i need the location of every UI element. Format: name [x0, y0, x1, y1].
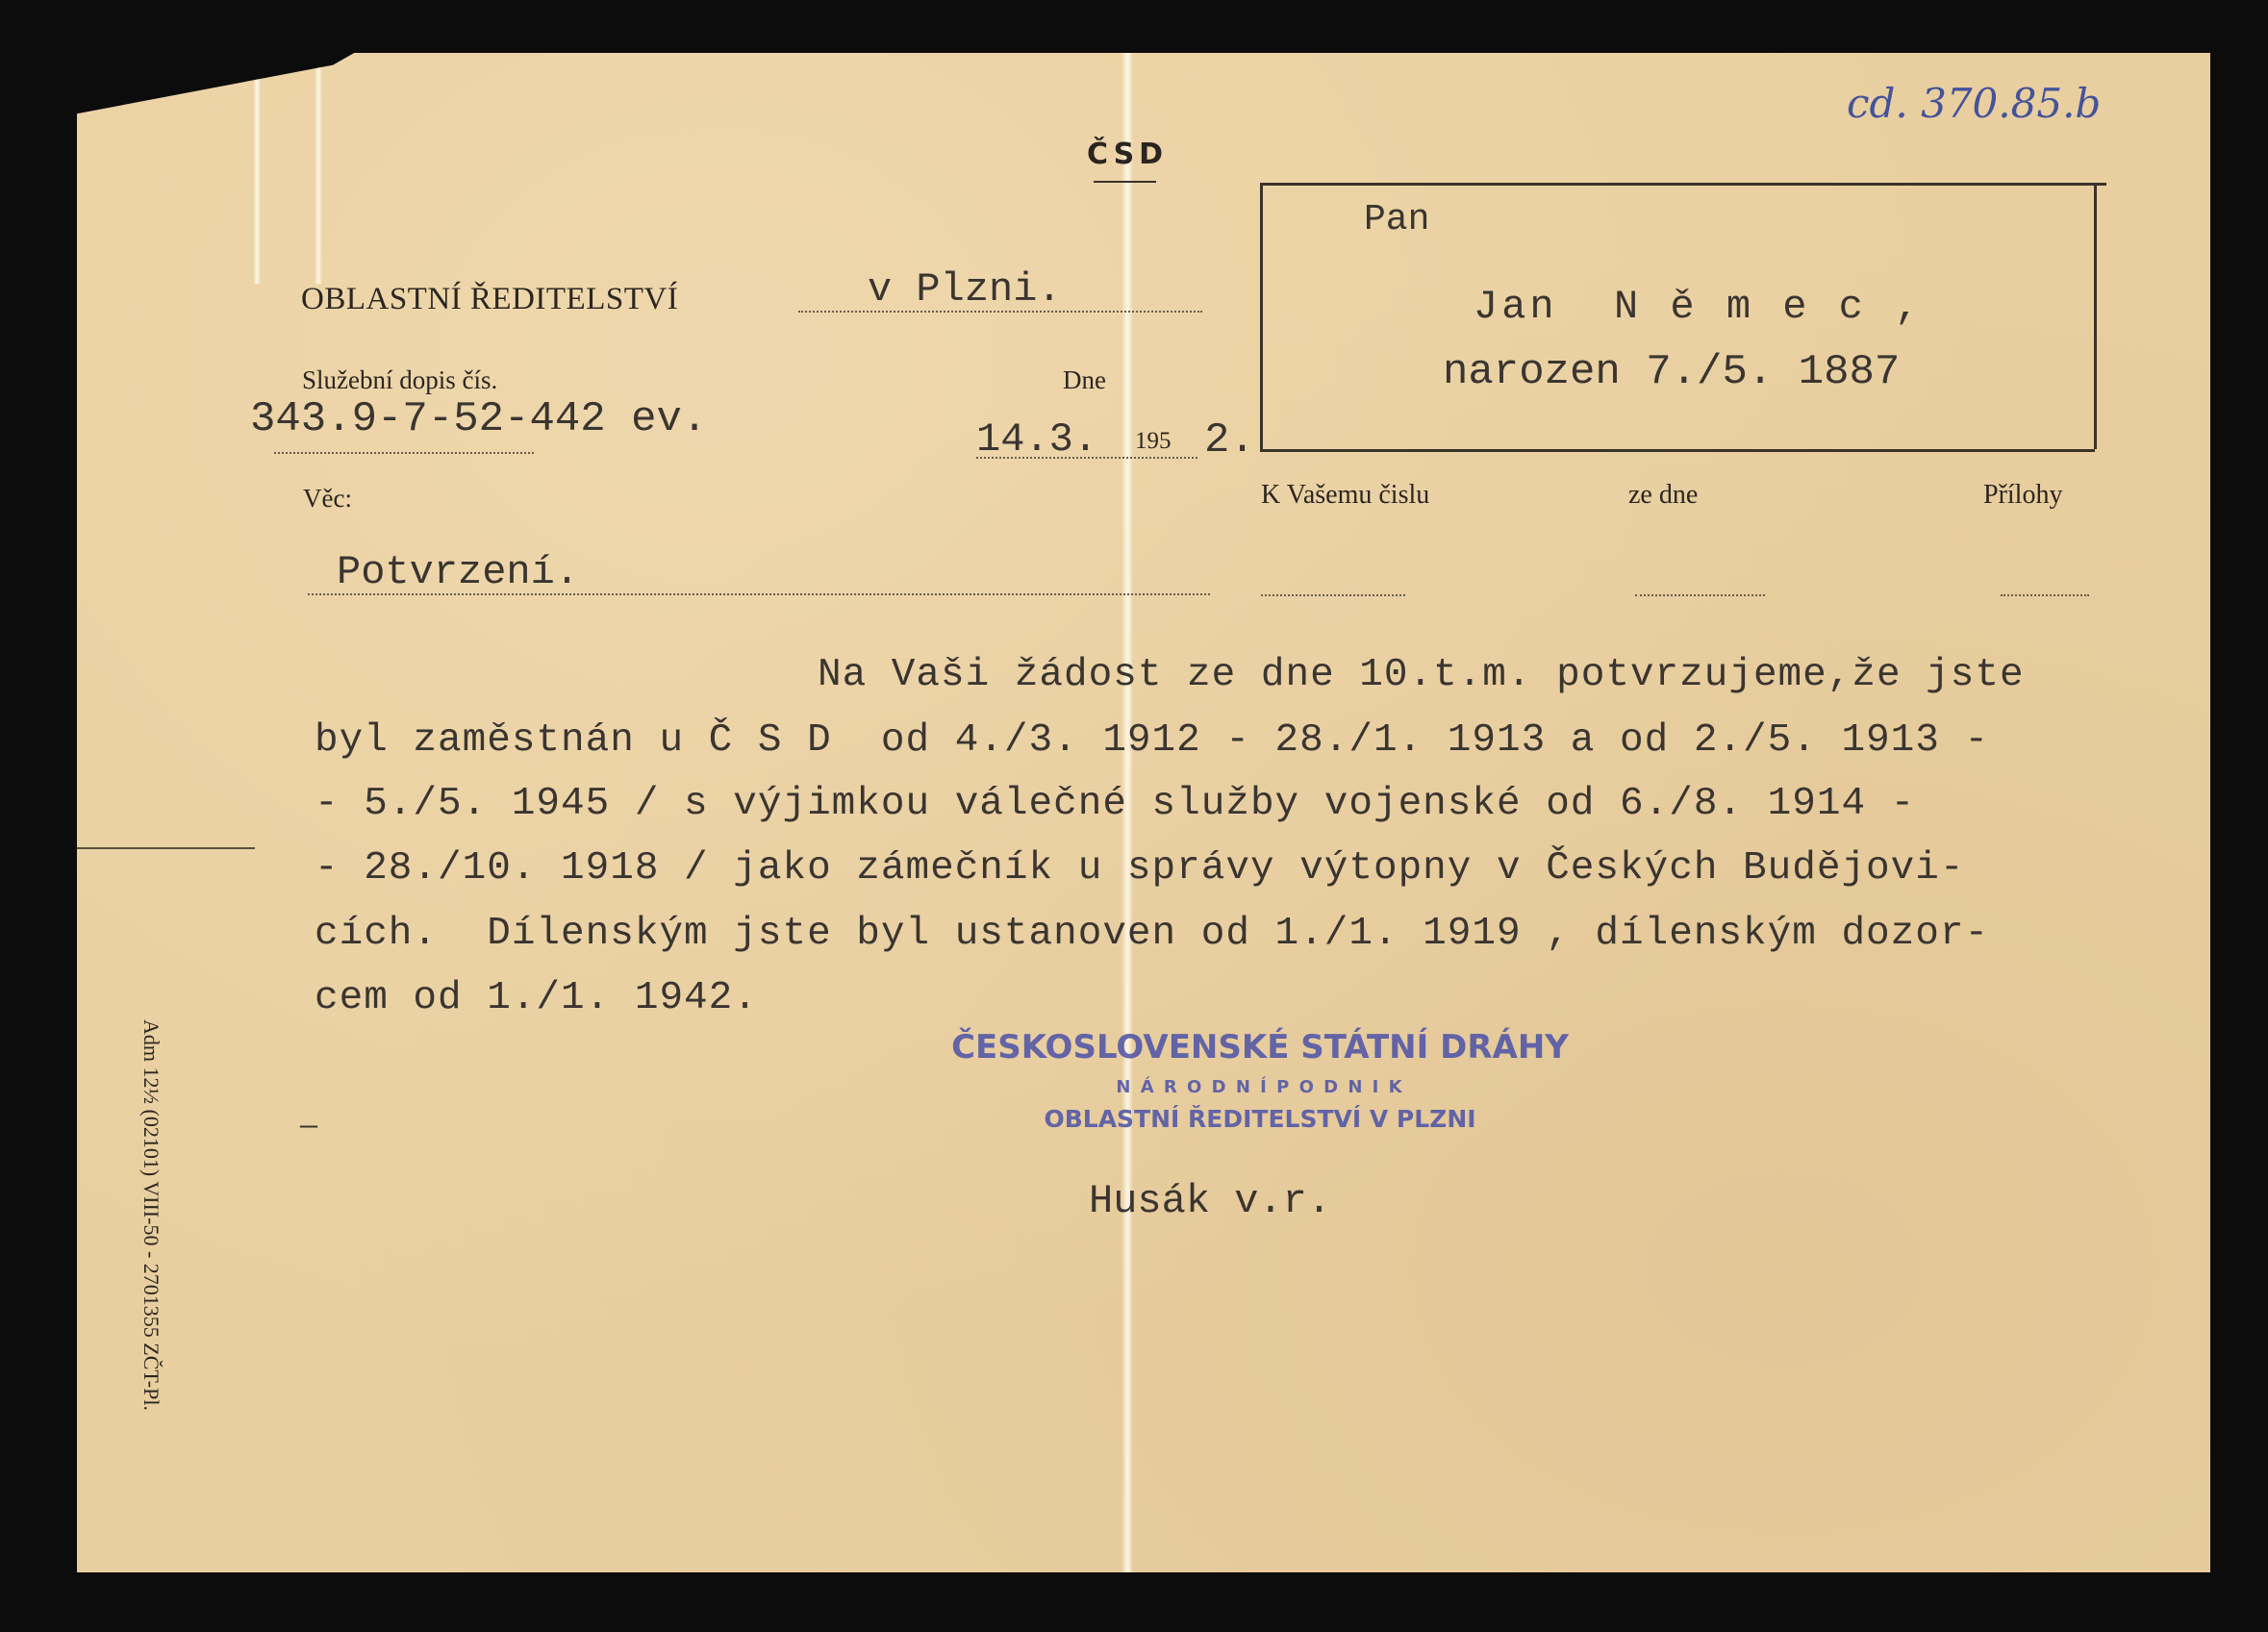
stamp-line-2: N Á R O D N Í P O D N I K	[914, 1077, 1606, 1097]
letter-number-dotted-line	[274, 452, 534, 454]
attachments-label: Přílohy	[1983, 480, 2062, 511]
office-label: OBLASTNÍ ŘEDITELSTVÍ	[301, 282, 678, 317]
ref-date-label: ze dne	[1628, 480, 1698, 511]
margin-dash: —	[300, 1111, 317, 1143]
fold-mark-line	[67, 847, 255, 849]
body-line: - 28./10. 1918 / jako zámečník u správy …	[315, 846, 1964, 891]
addressee-salutation: Pan	[1364, 199, 1429, 240]
subject-value: Potvrzení.	[337, 549, 579, 595]
subject-dotted-line	[308, 593, 1210, 595]
address-box-right	[2094, 183, 2097, 449]
date-day-month: 14.3.	[976, 416, 1097, 463]
attachments-dotted-line	[2001, 594, 2089, 596]
date-year-prefix: 195	[1135, 428, 1172, 455]
form-imprint: Adm 12½ (02101) VIII-50 - 2701355 ZČT-Pl…	[139, 1019, 164, 1411]
address-box-left	[1260, 183, 1263, 449]
archive-note: cd. 370.85.b	[1847, 80, 2101, 127]
stamp-line-1: ČESKOSLOVENSKÉ STÁTNÍ DRÁHY	[914, 1028, 1606, 1067]
letter-number-value: 343.9-7-52-442 ev.	[250, 395, 707, 443]
document-sheet: cd. 370.85.b ČSD OBLASTNÍ ŘEDITELSTVÍ v …	[77, 53, 2210, 1572]
body-line: cích. Dílenským jste byl ustanoven od 1.…	[315, 912, 1989, 956]
subject-label: Věc:	[303, 484, 352, 514]
body-line: Na Vaši žádost ze dne 10.t.m. potvrzujem…	[818, 653, 2025, 697]
date-label: Dne	[1063, 365, 1106, 395]
body-line: byl zaměstnán u Č S D od 4./3. 1912 - 28…	[315, 718, 1989, 763]
body-line: - 5./5. 1945 / s výjimkou válečné služby…	[315, 782, 1915, 826]
stamp-line-3: OBLASTNÍ ŘEDITELSTVÍ V PLZNI	[914, 1105, 1606, 1133]
letter-number-label: Služební dopis čís.	[302, 365, 497, 395]
fold-crease-small	[315, 53, 322, 284]
address-box-bottom	[1260, 449, 2095, 452]
date-dotted-line	[976, 457, 1197, 459]
ref-number-label: K Vašemu čislu	[1261, 480, 1429, 511]
ref-date-dotted-line	[1635, 594, 1765, 596]
address-box-top	[1260, 183, 2106, 186]
addressee-name: Jan N ě m e c ,	[1474, 284, 1923, 330]
office-value: v Plzni.	[868, 266, 1062, 313]
office-dotted-line	[798, 311, 1202, 313]
addressee-birth: narozen 7./5. 1887	[1443, 348, 1900, 396]
logo-underline	[1094, 181, 1156, 183]
body-line: cem od 1./1. 1942.	[315, 976, 758, 1020]
signature: Husák v.r.	[1089, 1178, 1331, 1224]
fold-crease-small	[253, 53, 261, 284]
ref-number-dotted-line	[1261, 594, 1405, 596]
csd-logo: ČSD	[1087, 138, 1168, 171]
date-year-suffix: 2.	[1204, 416, 1255, 464]
